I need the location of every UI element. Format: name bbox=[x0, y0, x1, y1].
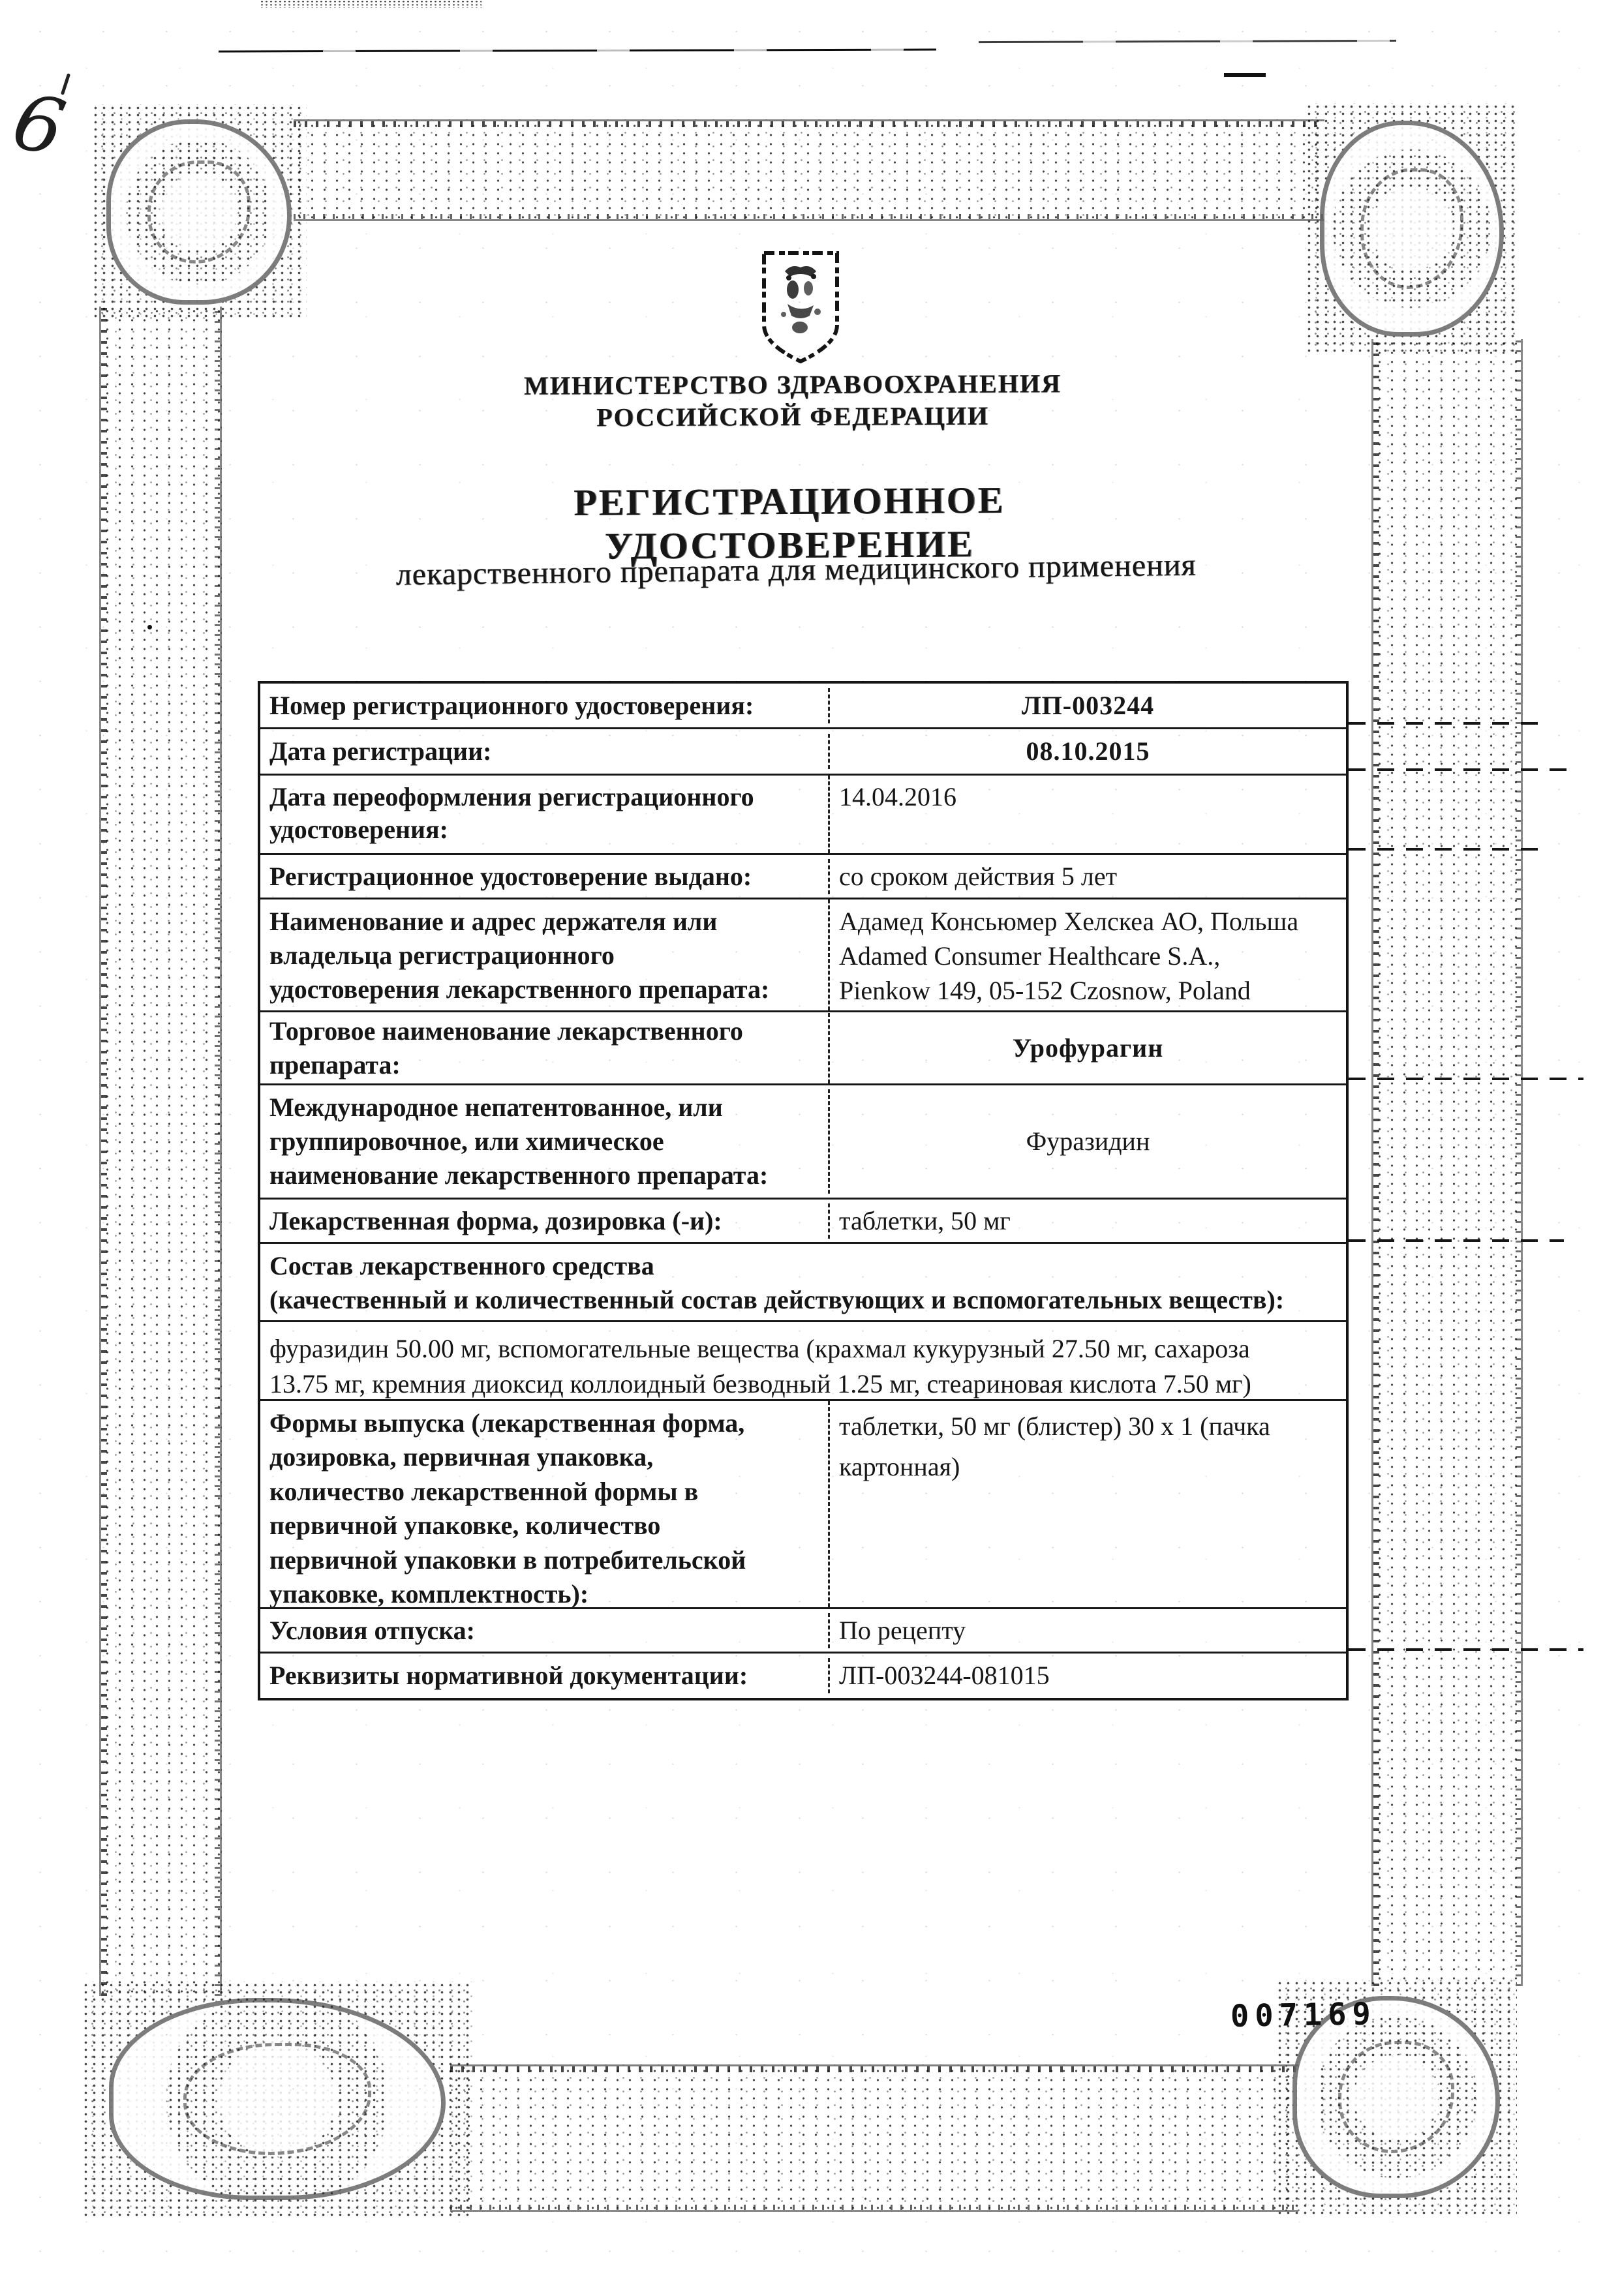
row-text: фуразидин 50.00 мг, вспомогательные веще… bbox=[260, 1322, 1346, 1399]
serial-number: 007169 bbox=[1230, 1996, 1377, 2034]
row-label: Наименование и адрес держателя или владе… bbox=[260, 899, 830, 1010]
row-value: 14.04.2016 bbox=[830, 776, 1346, 853]
row-value: ЛП-003244-081015 bbox=[830, 1658, 1346, 1693]
table-row-inn: Международное непатентованное, или групп… bbox=[260, 1083, 1346, 1198]
border-strip-bottom bbox=[450, 2064, 1298, 2212]
row-label: Номер регистрационного удостоверения: bbox=[260, 688, 830, 723]
row-value: таблетки, 50 мг bbox=[830, 1203, 1346, 1239]
table-row-release-forms: Формы выпуска (лекарственная форма, дози… bbox=[260, 1399, 1346, 1607]
row-value: Адамед Консьюмер Хелскеа АО, Польша Adam… bbox=[830, 899, 1346, 1010]
table-border-overrun bbox=[1349, 1648, 1583, 1651]
row-value: Урофурагин bbox=[830, 1031, 1346, 1066]
table-row-composition: фуразидин 50.00 мг, вспомогательные веще… bbox=[260, 1320, 1346, 1399]
row-value: Фуразидин bbox=[830, 1124, 1346, 1159]
scanned-certificate-page: 6 МИНИСТЕРСТВО ЗДРАВООХРАНЕНИЯ РОССИЙСКО… bbox=[0, 0, 1605, 2296]
table-row-dosage-form: Лекарственная форма, дозировка (-и): таб… bbox=[260, 1198, 1346, 1242]
row-value: таблетки, 50 мг (блистер) 30 х 1 (пачка … bbox=[830, 1401, 1346, 1607]
row-label: Реквизиты нормативной документации: bbox=[260, 1658, 830, 1693]
coat-of-arms-icon bbox=[759, 249, 842, 368]
table-row-reg-number: Номер регистрационного удостоверения: ЛП… bbox=[260, 684, 1346, 727]
table-row-trade-name: Торговое наименование лекарственного пре… bbox=[260, 1010, 1346, 1083]
scan-line-artifact bbox=[219, 49, 936, 53]
table-row-dispensing: Условия отпуска: По рецепту bbox=[260, 1607, 1346, 1652]
row-label: Условия отпуска: bbox=[260, 1613, 830, 1648]
table-row-normative-docs: Реквизиты нормативной документации: ЛП-0… bbox=[260, 1652, 1346, 1698]
table-row-validity: Регистрационное удостоверение выдано: со… bbox=[260, 853, 1346, 898]
border-strip-left bbox=[99, 307, 222, 1996]
row-label: Лекарственная форма, дозировка (-и): bbox=[260, 1203, 830, 1239]
row-label: Международное непатентованное, или групп… bbox=[260, 1089, 830, 1194]
row-value: 08.10.2015 bbox=[830, 734, 1346, 769]
table-row-reissue-date: Дата переоформления регистрационного удо… bbox=[260, 774, 1346, 853]
table-border-overrun bbox=[1349, 768, 1570, 771]
row-label: Дата переоформления регистрационного удо… bbox=[260, 776, 830, 853]
row-label: Торговое наименование лекарственного пре… bbox=[260, 1013, 830, 1083]
border-strip-top bbox=[294, 119, 1324, 221]
border-corner-top-left bbox=[91, 104, 307, 320]
table-row-holder: Наименование и адрес держателя или владе… bbox=[260, 898, 1346, 1010]
row-label: Формы выпуска (лекарственная форма, дози… bbox=[260, 1401, 830, 1607]
scan-dash-artifact bbox=[1224, 73, 1266, 77]
scan-line-artifact bbox=[979, 40, 1396, 43]
scan-noise-top-left bbox=[260, 0, 481, 8]
scan-dot-artifact bbox=[147, 625, 152, 629]
row-label: Регистрационное удостоверение выдано: bbox=[260, 859, 830, 894]
border-corner-top-right bbox=[1305, 103, 1519, 354]
border-corner-bottom-left bbox=[82, 1982, 473, 2216]
row-label: Дата регистрации: bbox=[260, 734, 830, 769]
row-value: По рецепту bbox=[830, 1613, 1346, 1648]
table-border-overrun bbox=[1349, 1078, 1583, 1080]
border-strip-right bbox=[1371, 339, 1523, 1986]
row-value: со сроком действия 5 лет bbox=[830, 859, 1346, 894]
table-border-overrun bbox=[1349, 848, 1544, 851]
row-label: Состав лекарственного средства (качестве… bbox=[260, 1244, 1346, 1320]
table-border-overrun bbox=[1349, 722, 1544, 725]
table-row-reg-date: Дата регистрации: 08.10.2015 bbox=[260, 727, 1346, 774]
ministry-name: МИНИСТЕРСТВО ЗДРАВООХРАНЕНИЯ РОССИЙСКОЙ … bbox=[460, 368, 1125, 434]
table-row-composition-header: Состав лекарственного средства (качестве… bbox=[260, 1242, 1346, 1320]
registration-table: Номер регистрационного удостоверения: ЛП… bbox=[258, 681, 1349, 1700]
table-border-overrun bbox=[1349, 1239, 1564, 1242]
row-value: ЛП-003244 bbox=[830, 688, 1346, 723]
